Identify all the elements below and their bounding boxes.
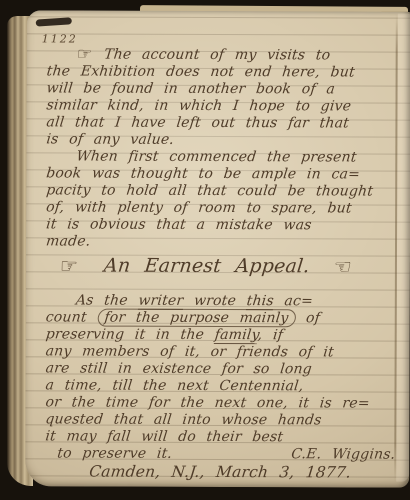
manuscript-line-text: wrote [183,293,248,309]
manuscript-line: or the time for the next one, it is re= [45,394,399,412]
manuscript-line: any members of it, or friends of it [45,343,399,361]
manicule-left-icon: ☜ [332,254,353,278]
manuscript-line-text: , if [257,327,284,343]
section-heading: ☞An Earnest Appeal.☜ [44,250,399,281]
journal-photo: 1122 ☞The account of my visits to the Ex… [0,0,410,500]
manuscript-text: ☞The account of my visits to the Exhibit… [45,46,399,482]
signature: C.E. Wiggins. [290,446,396,463]
manuscript-line: the Exhibition does not end here, but [46,63,400,81]
manuscript-line: of, with plenty of room to spare, but [45,199,399,217]
manuscript-line: made. [45,233,399,251]
manuscript-line: similar kind, in which I hope to give [46,97,400,115]
manuscript-line: count for the purpose mainly of [45,309,399,327]
circled-phrase: for the purpose mainly [96,309,296,328]
manuscript-line-text: preserving it in the [45,326,216,343]
manicule-right-icon: ☞ [59,253,80,277]
manuscript-line: are still in existence for so long [45,360,399,378]
manuscript-page: 1122 ☞The account of my visits to the Ex… [25,10,410,487]
manicule-right-icon: ☞ [76,45,94,65]
page-number: 1122 [42,32,78,45]
manuscript-line: all that I have left out thus far that [46,114,400,132]
screenshot-root: { "colors": { "background": "#17120c", "… [0,0,410,500]
manuscript-line: ☞The account of my visits to [46,46,400,64]
manuscript-line: As the writer wrote this ac= [45,292,399,310]
manuscript-line-text: As the [75,293,139,309]
manuscript-line-text: of [295,310,321,326]
manuscript-line: book was thought to be ample in ca= [45,165,399,183]
manuscript-line: will be found in another book of a [46,80,400,98]
manuscript-line: preserving it in the family, if [45,326,399,344]
manuscript-line: When first commenced the present [45,148,399,166]
ink-smudge [36,17,72,26]
manuscript-line-text: count [45,309,98,325]
dateline: Camden, N.J., March 3, 1877. [44,462,398,482]
underlined-word: writer [137,293,184,310]
underlined-word: this [246,293,275,310]
manuscript-line: is of any value. [45,131,399,149]
manuscript-line: it is obvious that a mistake was [45,216,399,234]
manuscript-line: quested that all into whose hands [44,411,398,429]
section-heading-text: An Earnest Appeal. [103,255,311,278]
manuscript-line-text: ac= [273,293,314,309]
closing-text: to preserve it. [56,445,173,462]
manuscript-line-text: The account of my visits to [103,47,331,64]
manuscript-line: a time, till the next Centennial, [45,377,399,395]
underlined-word: family [214,327,259,344]
manuscript-line: pacity to hold all that could be thought [45,182,399,200]
closing-line: to preserve it. C.E. Wiggins. [44,445,398,463]
manuscript-line: it may fall will do their best [44,428,398,446]
